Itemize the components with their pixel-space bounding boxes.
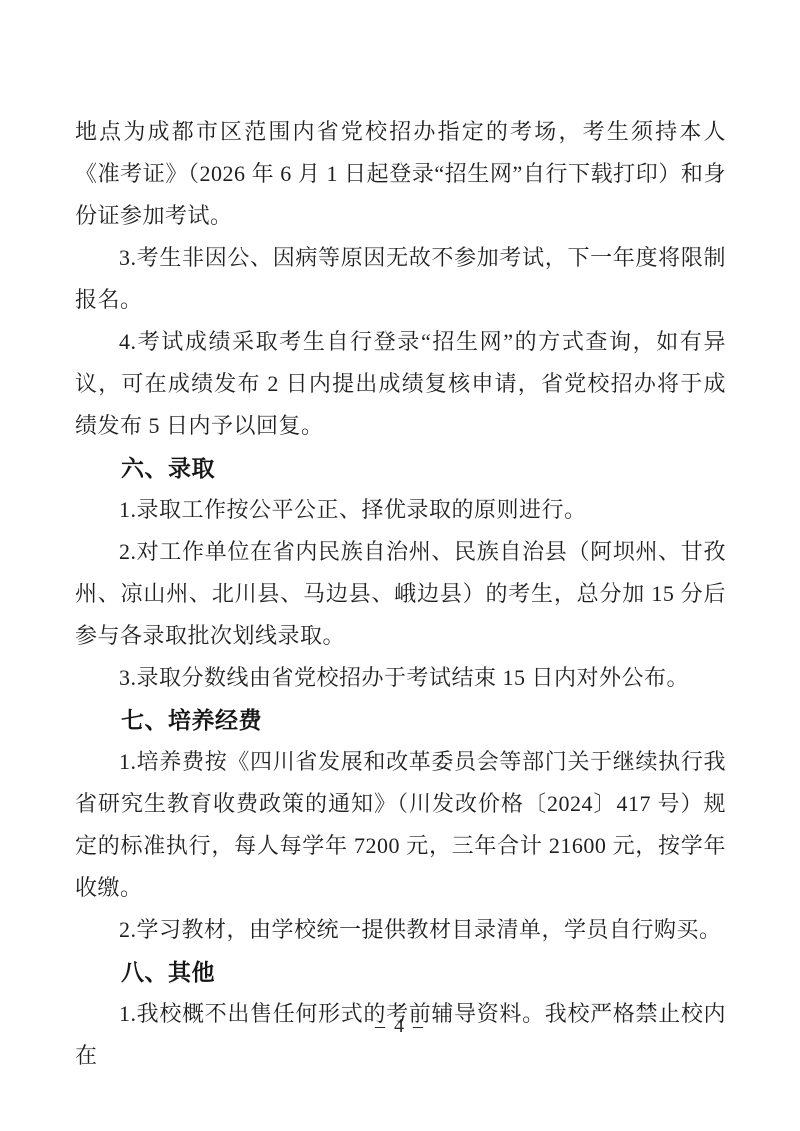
document-page: 地点为成都市区范围内省党校招办指定的考场，考生须持本人《准考证》（2026 年 … [0, 0, 800, 1131]
section-heading-other: 八、其他 [75, 951, 726, 993]
page-number: – 4 – [0, 1011, 800, 1041]
document-body: 地点为成都市区范围内省党校招办指定的考场，考生须持本人《准考证》（2026 年 … [75, 111, 726, 1077]
paragraph: 2.学习教材，由学校统一提供教材目录清单，学员自行购买。 [75, 909, 726, 951]
paragraph: 4.考试成绩采取考生自行登录“招生网”的方式查询，如有异议，可在成绩发布 2 日… [75, 321, 726, 447]
section-heading-admission: 六、录取 [75, 447, 726, 489]
paragraph-continuation: 地点为成都市区范围内省党校招办指定的考场，考生须持本人《准考证》（2026 年 … [75, 111, 726, 237]
paragraph: 1.培养费按《四川省发展和改革委员会等部门关于继续执行我省研究生教育收费政策的通… [75, 741, 726, 909]
section-heading-fees: 七、培养经费 [75, 699, 726, 741]
paragraph: 2.对工作单位在省内民族自治州、民族自治县（阿坝州、甘孜州、凉山州、北川县、马边… [75, 531, 726, 657]
paragraph: 3.考生非因公、因病等原因无故不参加考试，下一年度将限制报名。 [75, 237, 726, 321]
paragraph: 1.录取工作按公平公正、择优录取的原则进行。 [75, 489, 726, 531]
paragraph: 3.录取分数线由省党校招办于考试结束 15 日内对外公布。 [75, 657, 726, 699]
